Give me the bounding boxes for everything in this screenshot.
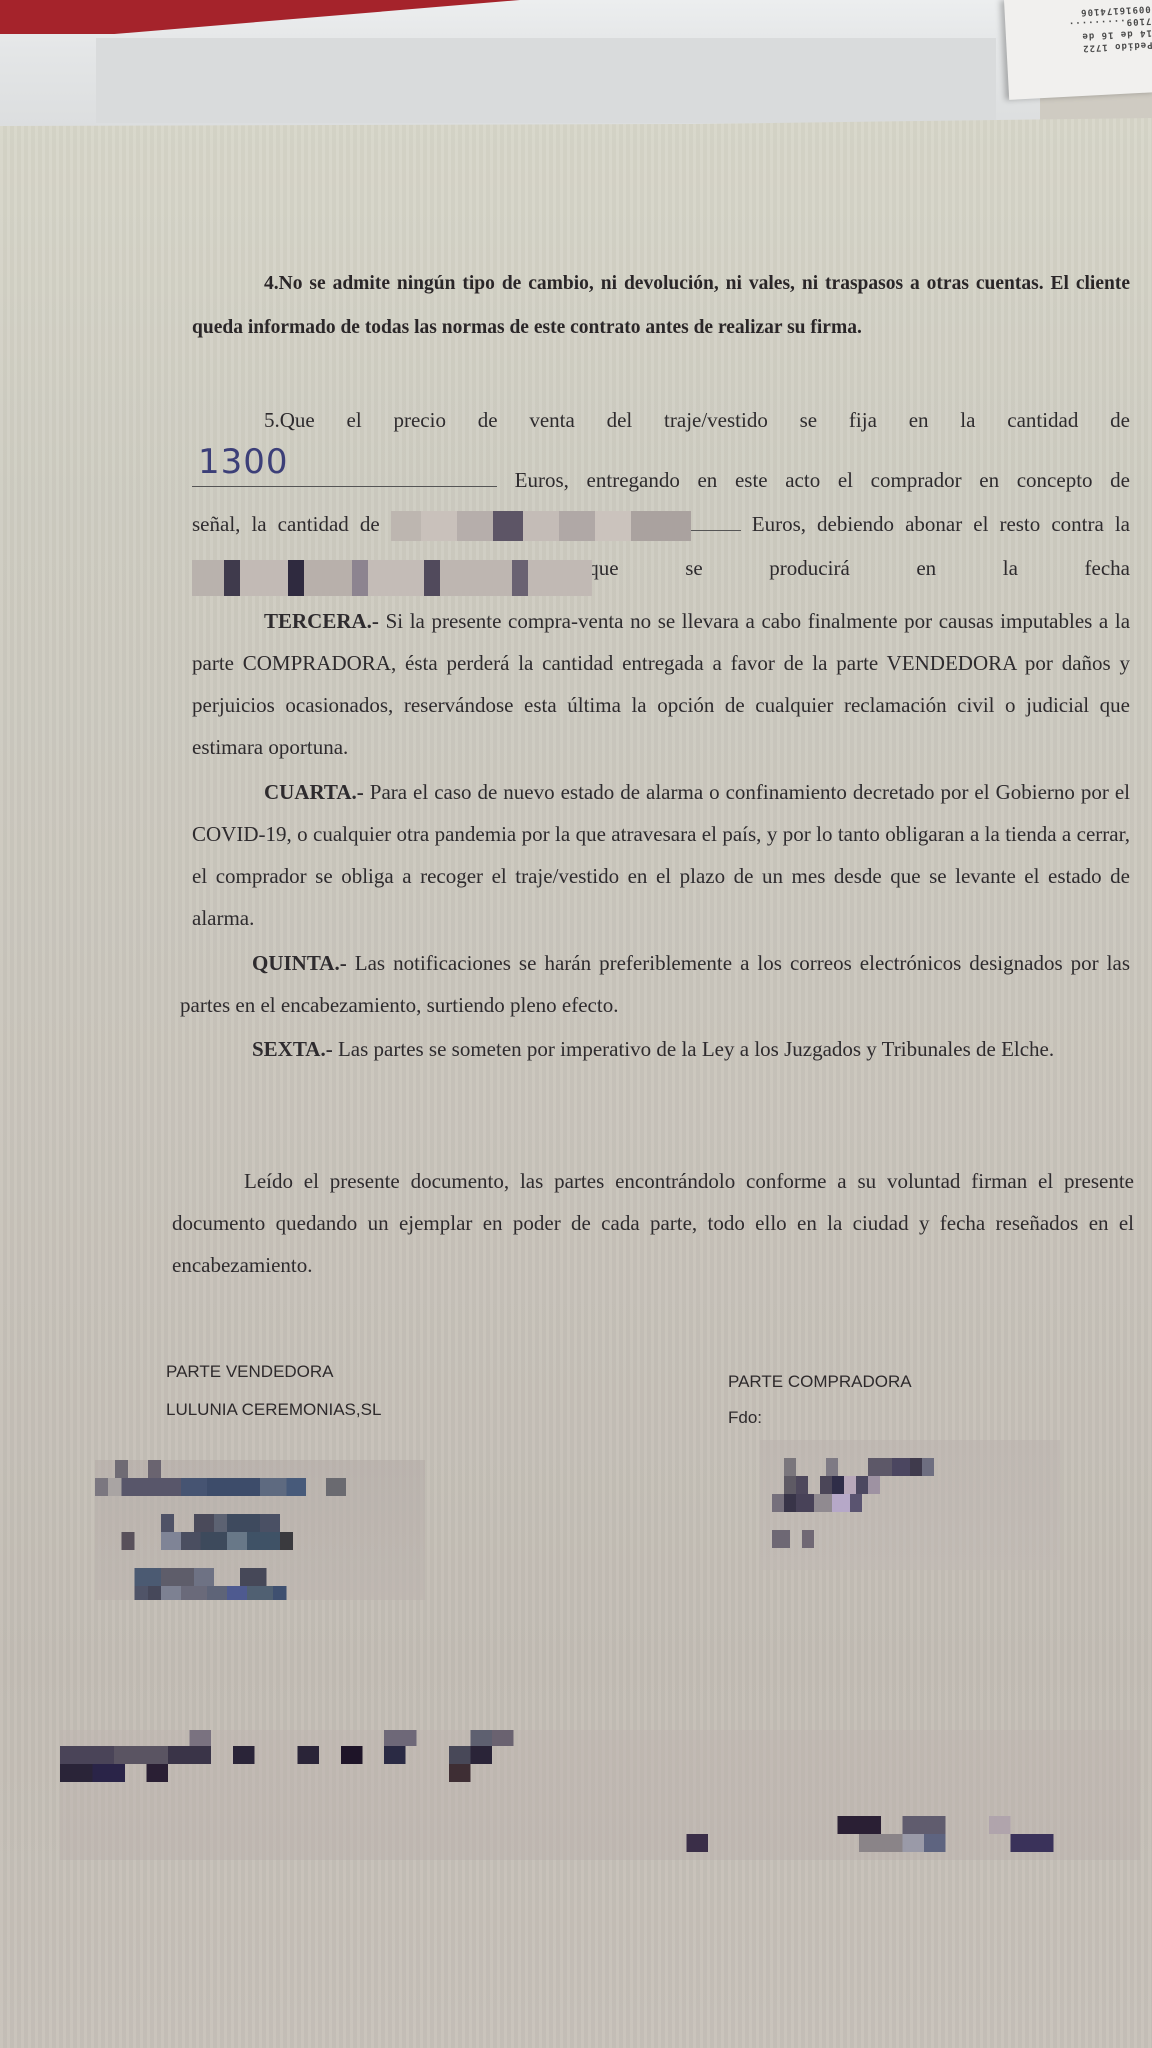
buyer-label: PARTE COMPRADORA (728, 1372, 912, 1392)
delivery-date-redacted (192, 560, 592, 596)
clause-4-number: 4. (192, 273, 279, 294)
receipt-slip: Pedido 1722 14 de 16 de 7109......... 00… (1004, 0, 1152, 100)
clause-5-line-2: 1300 Euros, entregando en este acto el c… (192, 442, 1130, 502)
tercera-title: TERCERA.- (192, 609, 379, 633)
seller-label: PARTE VENDEDORA (166, 1362, 334, 1382)
seller-name: LULUNIA CEREMONIAS,SL (166, 1400, 381, 1420)
clause-cuarta: CUARTA.- Para el caso de nuevo estado de… (192, 771, 1130, 939)
sexta-text: Las partes se someten por imperativo de … (338, 1037, 1054, 1061)
clause-tercera: TERCERA.- Si la presente compra-venta no… (192, 600, 1130, 768)
clause-4: 4.No se admite ningún tipo de cambio, ni… (192, 262, 1130, 350)
buyer-signature-redacted (760, 1440, 1060, 1570)
clause-4-text: No se admite ningún tipo de cambio, ni d… (192, 273, 1130, 338)
closing-text: Leído el presente documento, las partes … (172, 1169, 1134, 1277)
clause-quinta: QUINTA.- Las notificaciones se harán pre… (180, 942, 1130, 1026)
seller-signature-redacted (95, 1460, 425, 1600)
price-handwritten: 1300 (198, 440, 289, 484)
receipt-text: Pedido 1722 14 de 16 de 7109......... 00… (1021, 2, 1152, 57)
quinta-title: QUINTA.- (180, 951, 347, 975)
deposit-redacted (391, 511, 691, 541)
buyer-fdo: Fdo: (728, 1408, 762, 1428)
clause-5-line-1: 5.Que el precio de venta del traje/vesti… (192, 398, 1130, 442)
price-field: 1300 (192, 442, 497, 487)
clause-sexta: SEXTA.- Las partes se someten por impera… (180, 1028, 1130, 1070)
closing-paragraph: Leído el presente documento, las partes … (172, 1160, 1134, 1286)
footer-handwriting-redacted (60, 1730, 1140, 1860)
clause-5-line-3: señal, la cantidad de Euros, debiendo ab… (192, 502, 1130, 546)
background-white-sheet-fold (96, 38, 996, 123)
sexta-title: SEXTA.- (180, 1037, 333, 1061)
cuarta-title: CUARTA.- (192, 780, 364, 804)
